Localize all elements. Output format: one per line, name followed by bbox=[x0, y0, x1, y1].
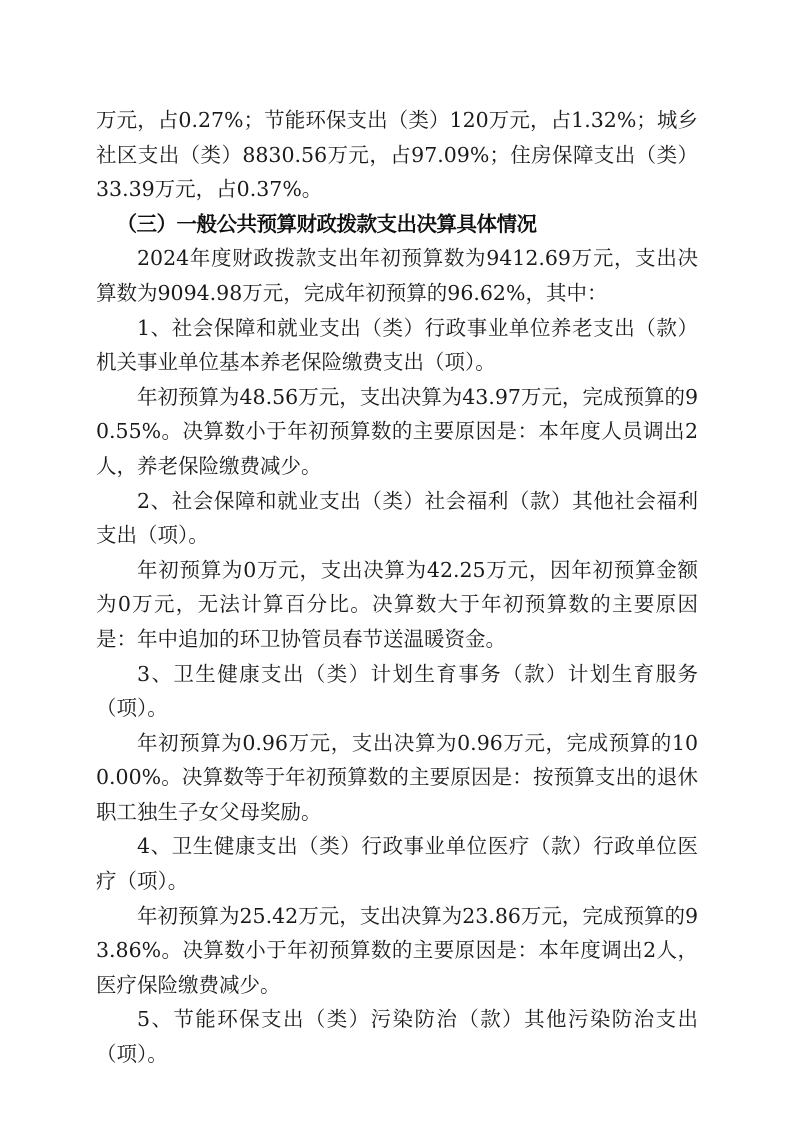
section-heading: （三）一般公共预算财政拨款支出决算具体情况 bbox=[96, 207, 698, 242]
paragraph-intro-continuation: 万元，占0.27%；节能环保支出（类）120万元，占1.32%；城乡社区支出（类… bbox=[96, 103, 698, 207]
paragraph-summary: 2024年度财政拨款支出年初预算数为9412.69万元，支出决算数为9094.9… bbox=[96, 241, 698, 310]
item-4-detail: 年初预算为25.42万元，支出决算为23.86万元，完成预算的93.86%。决算… bbox=[96, 899, 698, 1003]
item-2-detail: 年初预算为0万元，支出决算为42.25万元，因年初预算金额为0万元，无法计算百分… bbox=[96, 553, 698, 657]
item-3-detail: 年初预算为0.96万元，支出决算为0.96万元，完成预算的100.00%。决算数… bbox=[96, 726, 698, 830]
item-1-detail: 年初预算为48.56万元，支出决算为43.97万元，完成预算的90.55%。决算… bbox=[96, 380, 698, 484]
item-1-title: 1、社会保障和就业支出（类）行政事业单位养老支出（款）机关事业单位基本养老保险缴… bbox=[96, 311, 698, 380]
item-4-title: 4、卫生健康支出（类）行政事业单位医疗（款）行政单位医疗（项）。 bbox=[96, 829, 698, 898]
document-page: 万元，占0.27%；节能环保支出（类）120万元，占1.32%；城乡社区支出（类… bbox=[96, 103, 698, 1072]
item-3-title: 3、卫生健康支出（类）计划生育事务（款）计划生育服务（项）。 bbox=[96, 657, 698, 726]
item-2-title: 2、社会保障和就业支出（类）社会福利（款）其他社会福利支出（项）。 bbox=[96, 484, 698, 553]
item-5-title: 5、节能环保支出（类）污染防治（款）其他污染防治支出（项）。 bbox=[96, 1002, 698, 1071]
